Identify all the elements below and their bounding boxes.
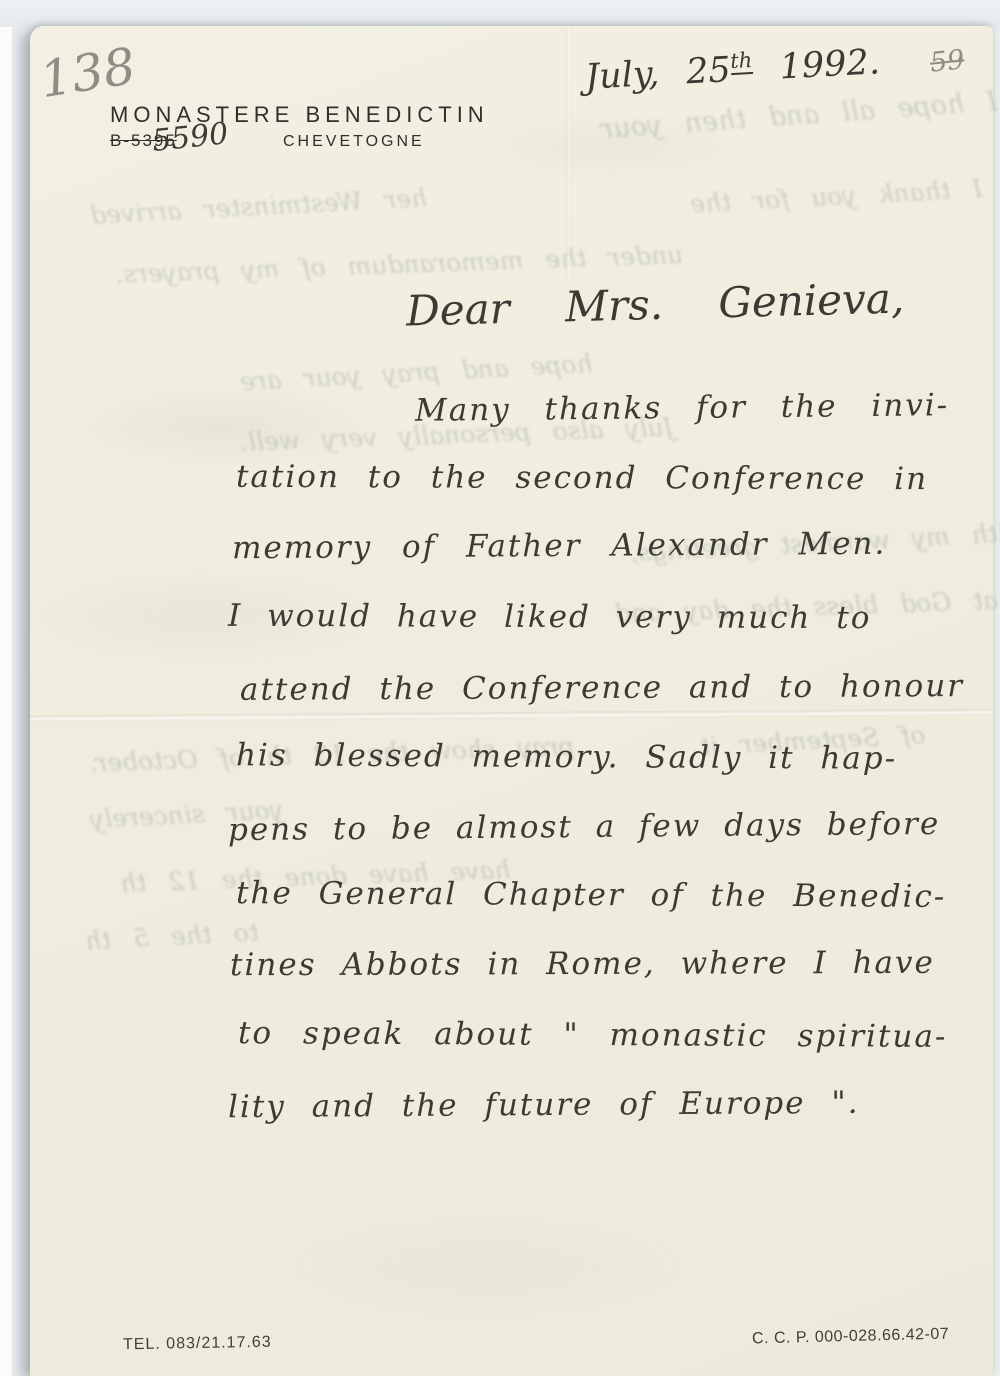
letter-line: his blessed memory. Sadly it hap-	[236, 737, 897, 776]
scanner-bed-strip	[0, 0, 12, 1376]
vertical-fold-crease	[566, 26, 571, 281]
letter-line: Many thanks for the invi-	[415, 387, 950, 429]
letter-line: the General Chapter of the Benedic-	[236, 875, 946, 915]
scanner-bed-strip-top	[0, 0, 1000, 27]
date-ordinal-suffix: th	[730, 48, 753, 75]
letter-line: memory of Father Alexandr Men.	[232, 526, 887, 567]
letter-line: pens to be almost a few days before	[228, 806, 941, 848]
scanned-letter-page: I hope all and then yourand I thank you …	[0, 0, 1000, 1376]
date-suffix: 1992.	[752, 42, 881, 89]
letterhead-place-name: CHEVETOGNE	[283, 133, 425, 151]
letter-line: I would have liked very much to	[228, 598, 872, 636]
letter-line: tation to the second Conference in	[236, 459, 928, 497]
letter-line: to speak about " monastic spiritua-	[238, 1015, 948, 1055]
letter-line: attend the Conference and to honour	[240, 668, 964, 708]
date-prefix: July, 25	[584, 50, 732, 98]
crossed-out-number: 59	[923, 44, 972, 80]
letterhead-telephone: TEL. 083/21.17.63	[123, 1334, 272, 1355]
letter-line: lity and the future of Europe ".	[228, 1085, 860, 1125]
letter-line: tines Abbots in Rome, where I have	[230, 945, 935, 983]
